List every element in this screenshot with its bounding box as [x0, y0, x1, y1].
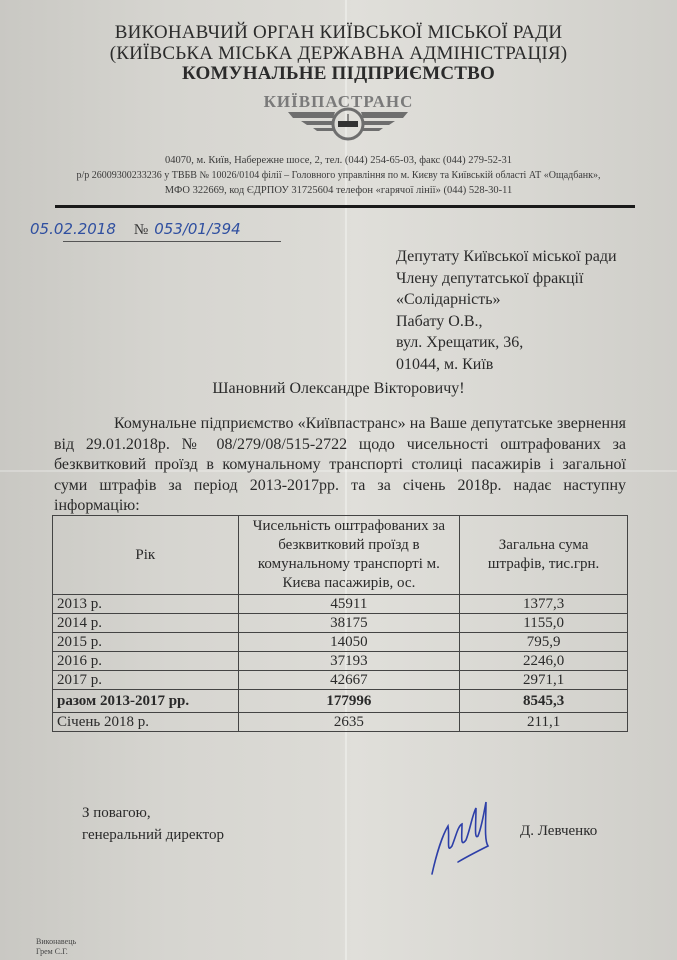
table-row: 2016 р. 37193 2246,0	[53, 652, 628, 671]
header-year: Рік	[53, 516, 239, 595]
letter-body-text: Комунальне підприємство «Київпастранс» н…	[54, 415, 626, 514]
addressee-line: «Солідарність»	[396, 289, 617, 311]
letterhead-line2: (КИЇВСЬКА МІСЬКА ДЕРЖАВНА АДМІНІСТРАЦІЯ)	[0, 43, 677, 65]
cell-total-label: разом 2013-2017 рр.	[53, 690, 239, 713]
executor-name: Грем С.Г.	[36, 947, 76, 957]
table-row: 2014 р. 38175 1155,0	[53, 614, 628, 633]
signer-position: генеральний директор	[82, 824, 224, 846]
letterhead-line1: ВИКОНАВЧИЙ ОРГАН КИЇВСЬКОЇ МІСЬКОЇ РАДИ	[0, 22, 677, 44]
fines-table: Рік Чисельність оштрафованих за безквитк…	[52, 515, 628, 732]
header-sum: Загальна сума штрафів, тис.грн.	[460, 516, 628, 595]
addressee-line: 01044, м. Київ	[396, 354, 617, 376]
addressee-line: Члену депутатської фракції	[396, 268, 617, 290]
cell-sum: 1377,3	[460, 595, 628, 614]
cell-january-label: Січень 2018 р.	[53, 713, 239, 732]
header-count: Чисельність оштрафованих за безквитковий…	[238, 516, 460, 595]
signer-name: Д. Левченко	[520, 823, 597, 840]
cell-january-count: 2635	[238, 713, 460, 732]
addressee-line: Пабату О.В.,	[396, 311, 617, 333]
table-header-row: Рік Чисельність оштрафованих за безквитк…	[53, 516, 628, 595]
cell-year: 2016 р.	[53, 652, 239, 671]
table-row: 2017 р. 42667 2971,1	[53, 671, 628, 690]
letterhead-divider	[55, 205, 635, 208]
executor-label: Виконавець	[36, 937, 76, 947]
cell-count: 14050	[238, 633, 460, 652]
registration-number: 053/01/394	[154, 220, 240, 238]
addressee-block: Депутату Київської міської ради Члену де…	[396, 246, 617, 375]
cell-total-count: 177996	[238, 690, 460, 713]
letterhead-company-type: КОМУНАЛЬНЕ ПІДПРИЄМСТВО	[0, 63, 677, 85]
table-row: 2013 р. 45911 1377,3	[53, 595, 628, 614]
registration-stamp: 05.02.2018№053/01/394	[30, 220, 241, 239]
cell-year: 2015 р.	[53, 633, 239, 652]
winged-tram-emblem-icon	[283, 106, 413, 146]
cell-sum: 1155,0	[460, 614, 628, 633]
table-row: 2015 р. 14050 795,9	[53, 633, 628, 652]
codes-hotline-line: МФО 322669, код ЄДРПОУ 31725604 телефон …	[0, 185, 677, 196]
registration-underline	[63, 241, 281, 242]
letter-body: Комунальне підприємство «Київпастранс» н…	[54, 414, 626, 517]
salutation: Шановний Олександре Вікторовичу!	[0, 380, 677, 398]
cell-year: 2013 р.	[53, 595, 239, 614]
closing-block: З повагою, генеральний директор	[82, 802, 224, 846]
bank-details-line: р/р 26009300233236 у ТВБВ № 10026/0104 ф…	[0, 170, 677, 181]
cell-year: 2014 р.	[53, 614, 239, 633]
addressee-line: вул. Хрещатик, 36,	[396, 332, 617, 354]
registration-date: 05.02.2018	[30, 220, 116, 238]
cell-count: 38175	[238, 614, 460, 633]
closing-regards: З повагою,	[82, 802, 224, 824]
cell-count: 42667	[238, 671, 460, 690]
table-january-row: Січень 2018 р. 2635 211,1	[53, 713, 628, 732]
executor-note: Виконавець Грем С.Г.	[36, 937, 76, 957]
cell-sum: 2246,0	[460, 652, 628, 671]
address-line1: 04070, м. Київ, Набережне шосе, 2, тел. …	[0, 155, 677, 166]
table-total-row: разом 2013-2017 рр. 177996 8545,3	[53, 690, 628, 713]
cell-total-sum: 8545,3	[460, 690, 628, 713]
cell-sum: 795,9	[460, 633, 628, 652]
addressee-line: Депутату Київської міської ради	[396, 246, 617, 268]
cell-january-sum: 211,1	[460, 713, 628, 732]
number-sign: №	[134, 222, 148, 238]
cell-count: 37193	[238, 652, 460, 671]
cell-count: 45911	[238, 595, 460, 614]
cell-year: 2017 р.	[53, 671, 239, 690]
handwritten-signature-icon	[428, 796, 493, 876]
cell-sum: 2971,1	[460, 671, 628, 690]
